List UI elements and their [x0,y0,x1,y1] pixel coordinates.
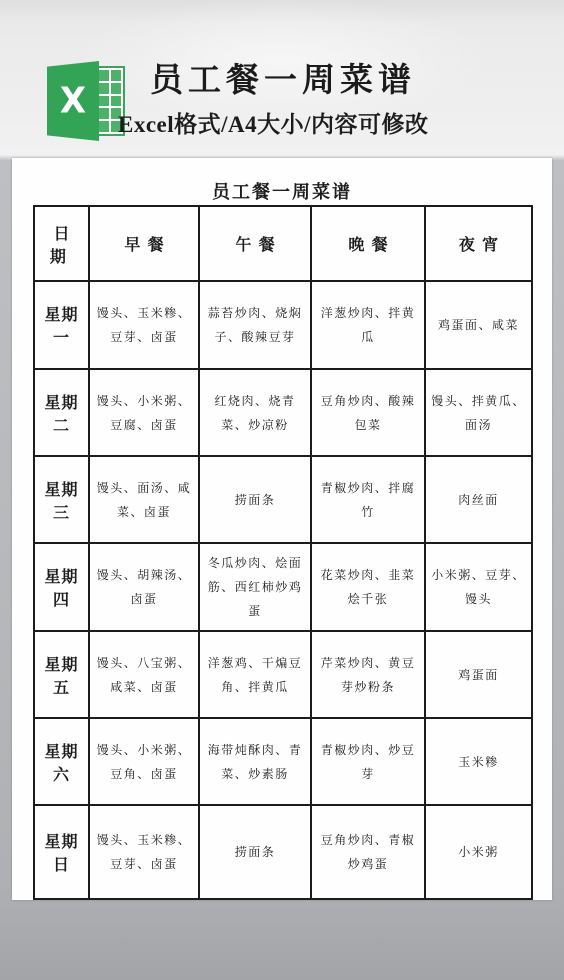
template-preview-page: { "header": { "title": "员工餐一周菜谱", "subti… [0,0,564,980]
excel-icon-x: X [60,83,86,119]
lunch-cell: 红烧肉、烧青菜、炒凉粉 [199,369,311,456]
breakfast-cell: 馒头、小米粥、豆腐、卤蛋 [89,369,199,456]
excel-icon: X [47,61,125,141]
day-cell: 星期六 [34,718,89,805]
lunch-cell: 洋葱鸡、干煸豆角、拌黄瓜 [199,631,311,718]
breakfast-cell: 馒头、玉米糁、豆芽、卤蛋 [89,805,199,899]
supper-cell: 玉米糁 [425,718,532,805]
breakfast-cell: 馒头、小米粥、豆角、卤蛋 [89,718,199,805]
supper-cell: 小米粥 [425,805,532,899]
day-cell: 星期五 [34,631,89,718]
supper-cell: 鸡蛋面、咸菜 [425,281,532,369]
dinner-cell: 豆角炒肉、青椒炒鸡蛋 [311,805,425,899]
column-header-supper: 夜宵 [425,206,532,281]
dinner-cell: 青椒炒肉、拌腐竹 [311,456,425,543]
lunch-cell: 冬瓜炒肉、烩面筋、西红柿炒鸡蛋 [199,543,311,631]
supper-cell: 鸡蛋面 [425,631,532,718]
breakfast-cell: 馒头、八宝粥、咸菜、卤蛋 [89,631,199,718]
table-row-sunday: 星期日 馒头、玉米糁、豆芽、卤蛋 捞面条 豆角炒肉、青椒炒鸡蛋 小米粥 [34,805,532,899]
lunch-cell: 海带炖酥肉、青菜、炒素肠 [199,718,311,805]
header-row: 日期 早餐 午餐 晚餐 夜宵 [34,206,532,281]
breakfast-cell: 馒头、玉米糁、豆芽、卤蛋 [89,281,199,369]
table-row-friday: 星期五 馒头、八宝粥、咸菜、卤蛋 洋葱鸡、干煸豆角、拌黄瓜 芹菜炒肉、黄豆芽炒粉… [34,631,532,718]
day-cell: 星期二 [34,369,89,456]
page-header: X 员工餐一周菜谱 Excel格式/A4大小/内容可修改 [0,0,564,158]
document-preview-card: 员工餐一周菜谱 日期 早餐 午餐 晚餐 夜宵 星期一 馒头、玉米糁、豆芽、卤蛋 … [12,158,552,900]
supper-cell: 馒头、拌黄瓜、面汤 [425,369,532,456]
dinner-cell: 芹菜炒肉、黄豆芽炒粉条 [311,631,425,718]
dinner-cell: 豆角炒肉、酸辣包菜 [311,369,425,456]
table-row-thursday: 星期四 馒头、胡辣汤、卤蛋 冬瓜炒肉、烩面筋、西红柿炒鸡蛋 花菜炒肉、韭菜烩千张… [34,543,532,631]
excel-icon-cover: X [47,61,99,141]
lunch-cell: 捞面条 [199,456,311,543]
table-row-monday: 星期一 馒头、玉米糁、豆芽、卤蛋 蒜苔炒肉、烧焖子、酸辣豆芽 洋葱炒肉、拌黄瓜 … [34,281,532,369]
dinner-cell: 花菜炒肉、韭菜烩千张 [311,543,425,631]
table-row-wednesday: 星期三 馒头、面汤、咸菜、卤蛋 捞面条 青椒炒肉、拌腐竹 肉丝面 [34,456,532,543]
day-cell: 星期四 [34,543,89,631]
column-header-date: 日期 [34,206,89,281]
day-cell: 星期日 [34,805,89,899]
dinner-cell: 青椒炒肉、炒豆芽 [311,718,425,805]
weekly-menu-table: 日期 早餐 午餐 晚餐 夜宵 星期一 馒头、玉米糁、豆芽、卤蛋 蒜苔炒肉、烧焖子… [33,205,533,900]
breakfast-cell: 馒头、胡辣汤、卤蛋 [89,543,199,631]
day-cell: 星期三 [34,456,89,543]
column-header-lunch: 午餐 [199,206,311,281]
page-title: 员工餐一周菜谱 [150,54,450,101]
table-title: 员工餐一周菜谱 [12,178,552,204]
dinner-cell: 洋葱炒肉、拌黄瓜 [311,281,425,369]
page-subtitle: Excel格式/A4大小/内容可修改 [118,106,478,139]
table-row-saturday: 星期六 馒头、小米粥、豆角、卤蛋 海带炖酥肉、青菜、炒素肠 青椒炒肉、炒豆芽 玉… [34,718,532,805]
supper-cell: 肉丝面 [425,456,532,543]
supper-cell: 小米粥、豆芽、馒头 [425,543,532,631]
column-header-dinner: 晚餐 [311,206,425,281]
table-row-tuesday: 星期二 馒头、小米粥、豆腐、卤蛋 红烧肉、烧青菜、炒凉粉 豆角炒肉、酸辣包菜 馒… [34,369,532,456]
day-cell: 星期一 [34,281,89,369]
column-header-breakfast: 早餐 [89,206,199,281]
breakfast-cell: 馒头、面汤、咸菜、卤蛋 [89,456,199,543]
lunch-cell: 蒜苔炒肉、烧焖子、酸辣豆芽 [199,281,311,369]
lunch-cell: 捞面条 [199,805,311,899]
